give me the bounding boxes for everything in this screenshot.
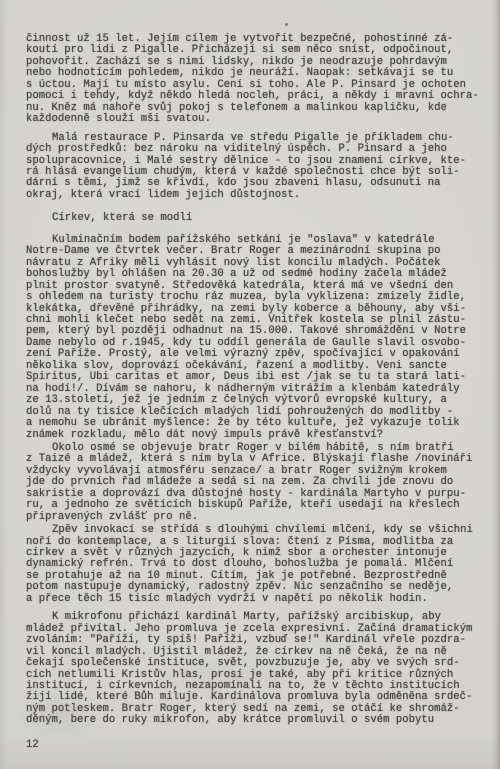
paragraph-1: činnost už 15 let. Jejím cílem je vytvoř… <box>26 34 490 126</box>
scanned-document-page: činnost už 15 let. Jejím cílem je vytvoř… <box>0 0 500 769</box>
paragraph-6: K mikrofonu přichází kardinál Marty, pař… <box>26 612 490 727</box>
paragraph-3: Kulminačním bodem pařížského setkání je … <box>26 235 490 441</box>
paragraph-5: Zpěv invokací se střídá s dlouhými chvíl… <box>26 525 490 605</box>
ink-speck <box>285 23 288 26</box>
section-heading: Církev, která se modlí <box>26 213 490 224</box>
page-text: činnost už 15 let. Jejím cílem je vytvoř… <box>26 34 490 751</box>
page-number: 12 <box>26 740 490 751</box>
paragraph-4: Okolo osmé se objevuje bratr Roger v bíl… <box>26 443 490 523</box>
paragraph-2: Malá restaurace P. Pinsarda ve středu Pi… <box>26 133 490 202</box>
